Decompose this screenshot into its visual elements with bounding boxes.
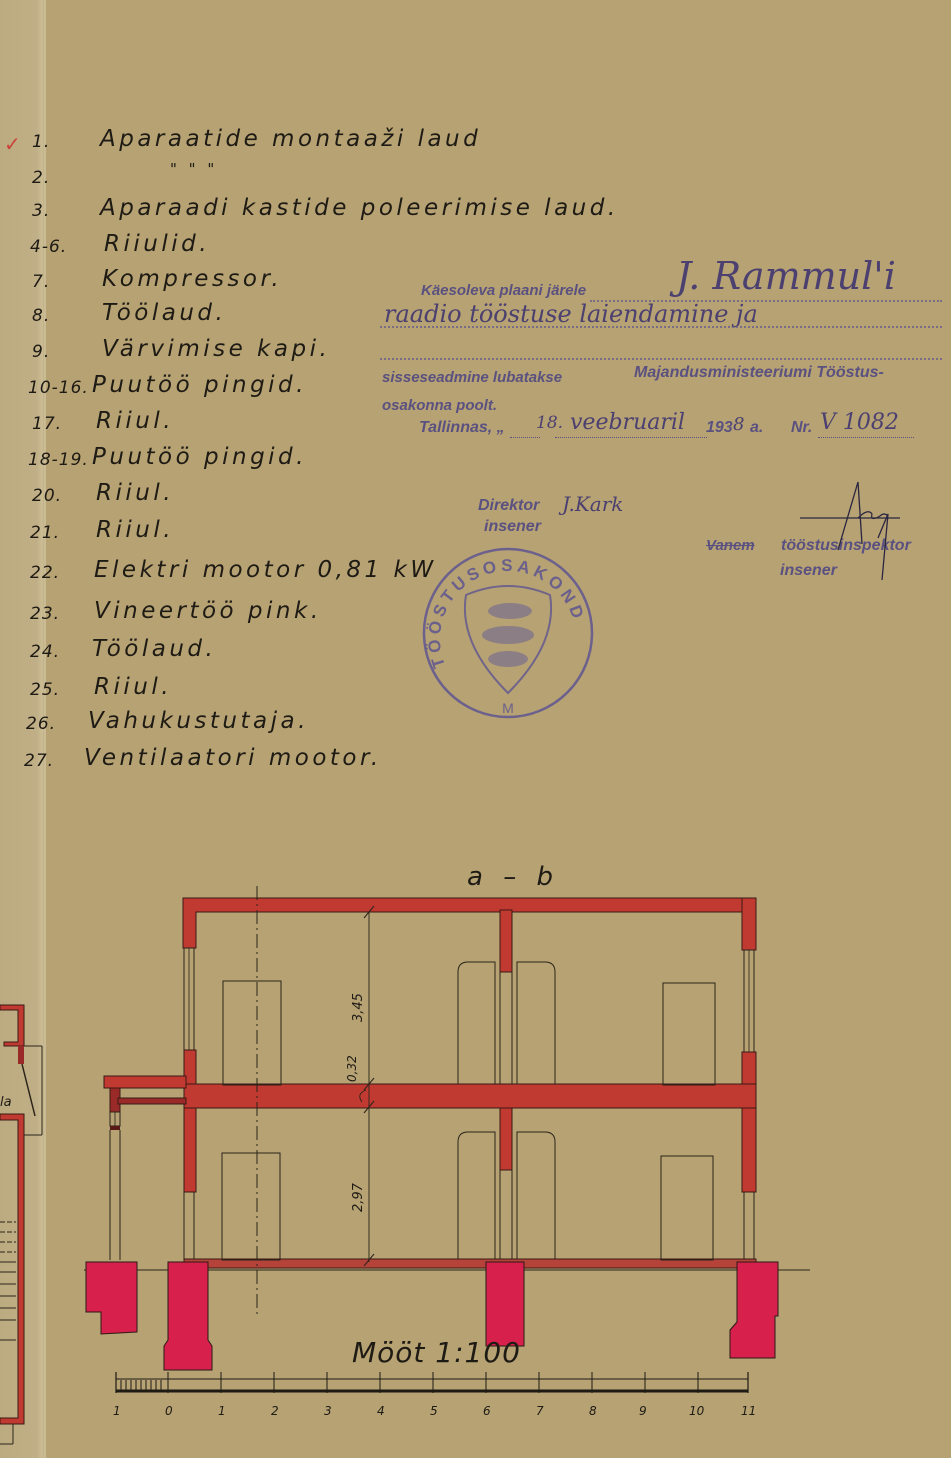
section-drawing: 3,45 0,32 2,97 la: [0, 0, 951, 1458]
scale-tick-label: 4: [377, 1404, 385, 1418]
scale-tick-label: 5: [430, 1404, 438, 1418]
dimension-lower-height: 2,97: [351, 1182, 366, 1212]
scale-tick-label: 10: [689, 1404, 704, 1418]
scale-tick-label: 1: [113, 1404, 121, 1418]
scale-tick-label: 7: [536, 1404, 544, 1418]
scale-tick-label: 0: [165, 1404, 173, 1418]
scale-tick-label: 8: [589, 1404, 597, 1418]
scale-tick-label: 3: [324, 1404, 332, 1418]
scale-tick-label: 6: [483, 1404, 491, 1418]
scale-title: Mööt 1:100: [352, 1336, 521, 1369]
scale-tick-label: 2: [271, 1404, 279, 1418]
dimension-slab-thickness: 0,32: [345, 1055, 359, 1082]
scale-tick-label: 1: [218, 1404, 226, 1418]
plan-fragment-label: la: [0, 1095, 12, 1110]
scale-tick-label: 11: [741, 1404, 756, 1418]
scale-tick-label: 9: [639, 1404, 647, 1418]
dimension-upper-height: 3,45: [351, 993, 366, 1022]
